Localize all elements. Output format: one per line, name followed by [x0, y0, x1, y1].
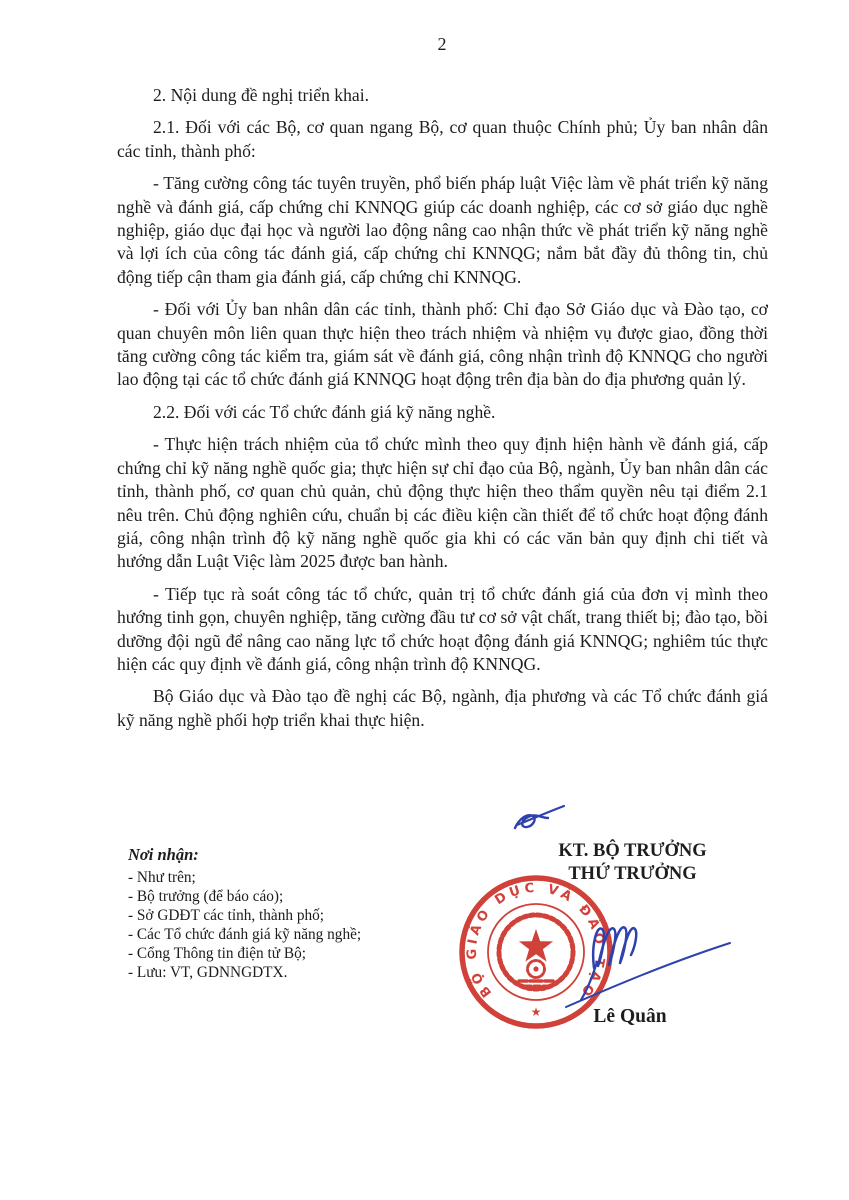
recipient-item: - Lưu: VT, GDNNGDTX.	[128, 963, 428, 982]
signature-flourish-tail	[517, 806, 564, 825]
page-number: 2	[117, 34, 767, 55]
paragraph-section-2: 2. Nội dung đề nghị triển khai.	[117, 84, 768, 107]
recipient-item: - Bộ trưởng (để báo cáo);	[128, 887, 428, 906]
recipients-label: Nơi nhận:	[128, 845, 428, 865]
paragraph-section-2-2: 2.2. Đối với các Tổ chức đánh giá kỹ năn…	[117, 401, 768, 424]
signature-flourish	[515, 815, 548, 828]
document-body: 2. Nội dung đề nghị triển khai. 2.1. Đối…	[117, 84, 768, 741]
paragraph-section-2-1: 2.1. Đối với các Bộ, cơ quan ngang Bộ, c…	[117, 116, 768, 163]
document-page: 2 2. Nội dung đề nghị triển khai. 2.1. Đ…	[0, 0, 849, 1200]
signature-tail-line	[566, 943, 730, 1007]
signer-name: Lê Quân	[550, 1006, 710, 1028]
paragraph-closing: Bộ Giáo dục và Đào tạo đề nghị các Bộ, n…	[117, 685, 768, 732]
paragraph-bullet-review: - Tiếp tục rà soát công tác tổ chức, quả…	[117, 583, 768, 677]
recipient-item: - Cổng Thông tin điện tử Bộ;	[128, 944, 428, 963]
handwritten-signature	[495, 795, 745, 1020]
paragraph-bullet-provinces: - Đối với Ủy ban nhân dân các tỉnh, thàn…	[117, 298, 768, 392]
recipient-item: - Các Tổ chức đánh giá kỹ năng nghề;	[128, 925, 428, 944]
recipients-block: Nơi nhận: - Như trên; - Bộ trưởng (để bá…	[128, 845, 428, 982]
recipient-item: - Sở GDĐT các tỉnh, thành phố;	[128, 906, 428, 925]
paragraph-bullet-propaganda: - Tăng cường công tác tuyên truyền, phổ …	[117, 172, 768, 289]
signature-loops	[593, 927, 636, 968]
paragraph-bullet-responsibility: - Thực hiện trách nhiệm của tổ chức mình…	[117, 433, 768, 573]
recipient-item: - Như trên;	[128, 868, 428, 887]
